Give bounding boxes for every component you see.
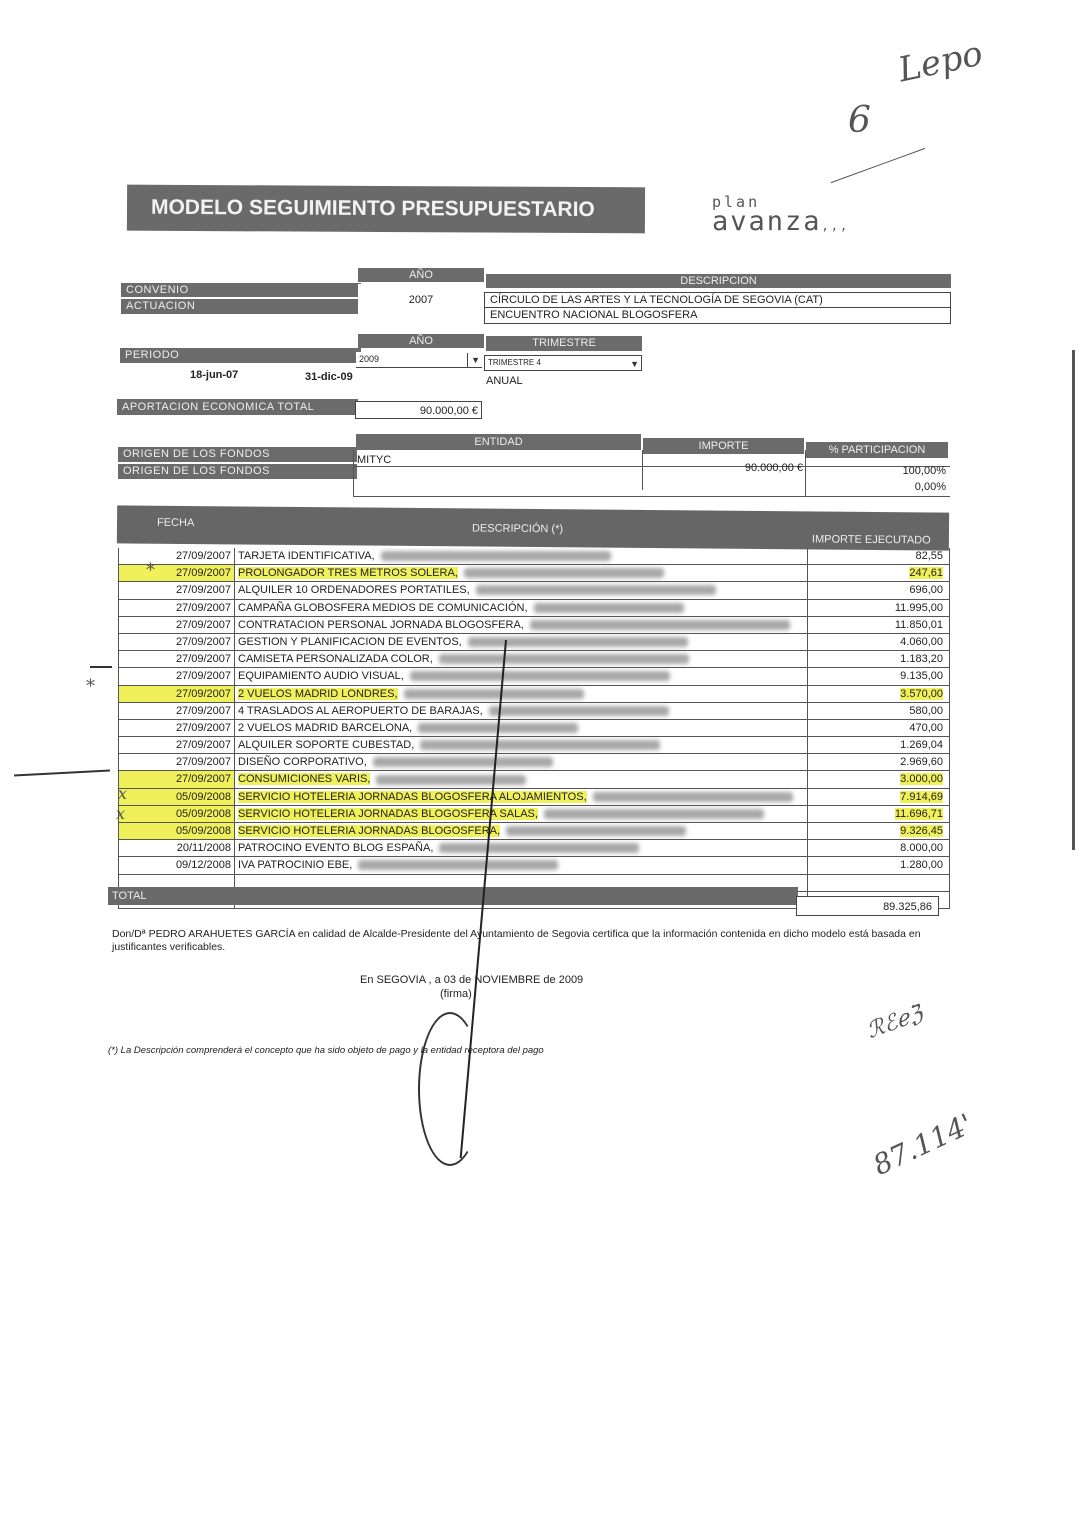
table-row: 09/12/2008IVA PATROCINIO EBE,1.280,00 xyxy=(119,857,949,874)
row-importe: 470,00 xyxy=(807,720,949,736)
row-descripcion: EQUIPAMIENTO AUDIO VISUAL, xyxy=(235,668,807,684)
row-fecha: 27/09/2007 xyxy=(119,686,235,702)
row-descripcion-text: ALQUILER SOPORTE CUBESTAD, xyxy=(238,739,414,751)
row-fecha: 27/09/2007 xyxy=(119,754,235,770)
row-descripcion-text: GESTION Y PLANIFICACION DE EVENTOS, xyxy=(238,636,462,648)
row-descripcion-text: CAMISETA PERSONALIZADA COLOR, xyxy=(238,653,433,665)
place-date: En SEGOVIA , a 03 de NOVIEMBRE de 2009 xyxy=(360,974,583,986)
row-importe: 11.696,71 xyxy=(807,806,949,822)
handwritten-initials: ℛℰℯℨ xyxy=(863,1001,926,1044)
row-fecha: 27/09/2007 xyxy=(119,565,235,581)
row-descripcion-text: PATROCINO EVENTO BLOG ESPAÑA, xyxy=(238,842,433,854)
row-descripcion-text: 2 VUELOS MADRID BARCELONA, xyxy=(238,722,412,734)
redacted-entity xyxy=(476,585,716,595)
row-descripcion: PATROCINO EVENTO BLOG ESPAÑA, xyxy=(235,840,807,856)
row-fecha: 27/09/2007 xyxy=(119,600,235,616)
row-fecha: 27/09/2007 xyxy=(119,651,235,667)
convenio-description: CÍRCULO DE LAS ARTES Y LA TECNOLOGÍA DE … xyxy=(484,292,951,308)
dropdown-arrow-icon: ▼ xyxy=(630,357,639,371)
table-row: 27/09/2007PROLONGADOR TRES METROS SOLERA… xyxy=(119,565,949,582)
handwritten-bracket xyxy=(90,666,112,668)
row-fecha: 27/09/2007 xyxy=(119,617,235,633)
periodo-ano-header: AÑO xyxy=(358,334,484,348)
convenio-label: CONVENIO xyxy=(121,283,361,297)
aportacion-label: APORTACION ECONOMICA TOTAL xyxy=(117,399,358,415)
fondos-row-1-label: ORIGEN DE LOS FONDOS xyxy=(118,447,357,462)
total-label: TOTAL xyxy=(108,887,798,905)
aportacion-value: 90.000,00 € xyxy=(355,401,482,419)
row-importe: 9.135,00 xyxy=(807,668,949,684)
row-importe: 4.060,00 xyxy=(807,634,949,650)
row-fecha: 27/09/2007 xyxy=(119,582,235,598)
descripcion-header: DESCRIPCIÓN (*) xyxy=(472,522,563,535)
redacted-entity xyxy=(420,740,660,750)
table-row: 27/09/2007DISEÑO CORPORATIVO,2.969,60 xyxy=(119,754,949,771)
convenio-ano-header: AÑO xyxy=(358,268,484,282)
convenio-ano-value: 2007 xyxy=(358,284,484,316)
table-row: 27/09/20072 VUELOS MADRID BARCELONA,470,… xyxy=(119,720,949,737)
signature xyxy=(418,1012,482,1166)
row-descripcion: ALQUILER 10 ORDENADORES PORTATILES, xyxy=(235,582,807,598)
row-descripcion: CONTRATACION PERSONAL JORNADA BLOGOSFERA… xyxy=(235,617,807,633)
dropdown-arrow-icon: ▼ xyxy=(467,353,480,367)
row-descripcion: ALQUILER SOPORTE CUBESTAD, xyxy=(235,737,807,753)
table-row: 27/09/20072 VUELOS MADRID LONDRES,3.570,… xyxy=(119,686,949,703)
row-importe xyxy=(807,875,949,891)
row-importe: 580,00 xyxy=(807,703,949,719)
handwritten-underline xyxy=(831,148,925,183)
periodo-start-date: 18-jun-07 xyxy=(190,369,238,381)
redacted-entity xyxy=(373,757,553,767)
row-importe: 9.326,45 xyxy=(807,823,949,839)
row-fecha: 27/09/2007 xyxy=(119,548,235,564)
table-row: 27/09/2007ALQUILER 10 ORDENADORES PORTAT… xyxy=(119,582,949,599)
row-fecha: 27/09/2007 xyxy=(119,720,235,736)
fondos-row-1-importe: 90.000,00 € xyxy=(660,462,803,474)
table-row: 27/09/20074 TRASLADOS AL AEROPUERTO DE B… xyxy=(119,703,949,720)
importe-header: IMPORTE EJECUTADO xyxy=(812,533,931,546)
row-fecha: 27/09/2007 xyxy=(119,737,235,753)
handwritten-mark: x xyxy=(118,784,127,803)
table-row: 27/09/2007ALQUILER SOPORTE CUBESTAD,1.26… xyxy=(119,737,949,754)
redacted-entity xyxy=(530,620,790,630)
redacted-entity xyxy=(358,860,558,870)
expense-table: 27/09/2007TARJETA IDENTIFICATIVA,82,5527… xyxy=(118,548,950,909)
table-row: 27/09/2007EQUIPAMIENTO AUDIO VISUAL,9.13… xyxy=(119,668,949,685)
fondos-row-2-label: ORIGEN DE LOS FONDOS xyxy=(118,464,357,479)
row-descripcion: 2 VUELOS MADRID LONDRES, xyxy=(235,686,807,702)
row-descripcion-text: ALQUILER 10 ORDENADORES PORTATILES, xyxy=(238,584,470,596)
row-importe: 1.183,20 xyxy=(807,651,949,667)
row-descripcion-text: EQUIPAMIENTO AUDIO VISUAL, xyxy=(238,670,404,682)
row-descripcion: SERVICIO HOTELERIA JORNADAS BLOGOSFERA S… xyxy=(235,806,807,822)
actuacion-label: ACTUACION xyxy=(121,299,361,314)
periodo-end-date: 31-dic-09 xyxy=(305,371,353,383)
redacted-entity xyxy=(439,843,639,853)
row-importe: 2.969,60 xyxy=(807,754,949,770)
actuacion-description: ENCUENTRO NACIONAL BLOGOSFERA xyxy=(484,307,951,324)
row-fecha: 05/09/2008 xyxy=(119,789,235,805)
fondos-row-1-participacion: 100,00% xyxy=(810,465,946,477)
table-row: 20/11/2008PATROCINO EVENTO BLOG ESPAÑA,8… xyxy=(119,840,949,857)
fondos-entidad-header: ENTIDAD xyxy=(356,434,641,450)
row-importe: 11.850,01 xyxy=(807,617,949,633)
handwritten-bracket xyxy=(14,769,110,776)
row-importe: 1.280,00 xyxy=(807,857,949,873)
table-row: 27/09/2007CONTRATACION PERSONAL JORNADA … xyxy=(119,617,949,634)
row-descripcion: IVA PATROCINIO EBE, xyxy=(235,857,807,873)
row-descripcion-text: SERVICIO HOTELERIA JORNADAS BLOGOSFERA, xyxy=(238,825,500,837)
table-row: 27/09/2007CAMPAÑA GLOBOSFERA MEDIOS DE C… xyxy=(119,600,949,617)
convenio-descripcion-header: DESCRIPCION xyxy=(486,274,951,288)
fecha-header: FECHA xyxy=(157,517,194,529)
redacted-entity xyxy=(544,809,764,819)
row-descripcion-text: 2 VUELOS MADRID LONDRES, xyxy=(238,688,398,700)
redacted-entity xyxy=(468,637,688,647)
table-row: 05/09/2008SERVICIO HOTELERIA JORNADAS BL… xyxy=(119,789,949,806)
expense-table-header: FECHA DESCRIPCIÓN (*) IMPORTE EJECUTADO xyxy=(117,505,949,550)
redacted-entity xyxy=(534,603,684,613)
handwritten-mark: * xyxy=(86,676,95,697)
row-importe: 696,00 xyxy=(807,582,949,598)
row-descripcion: PROLONGADOR TRES METROS SOLERA, xyxy=(235,565,807,581)
row-descripcion: 4 TRASLADOS AL AEROPUERTO DE BARAJAS, xyxy=(235,703,807,719)
row-fecha: 05/09/2008 xyxy=(119,823,235,839)
row-descripcion-text: DISEÑO CORPORATIVO, xyxy=(238,756,367,768)
footnote: (*) La Descripción comprenderá el concep… xyxy=(108,1045,544,1056)
periodo-anual-label: ANUAL xyxy=(486,375,523,387)
periodo-trimestre-select[interactable]: TRIMESTRE 4 ▼ xyxy=(484,355,642,371)
row-importe: 247,61 xyxy=(807,565,949,581)
row-descripcion-text: CAMPAÑA GLOBOSFERA MEDIOS DE COMUNICACIÓ… xyxy=(238,602,528,614)
periodo-trimestre-header: TRIMESTRE xyxy=(486,336,642,351)
redacted-entity xyxy=(506,826,686,836)
redacted-entity xyxy=(464,568,664,578)
row-descripcion: GESTION Y PLANIFICACION DE EVENTOS, xyxy=(235,634,807,650)
firma-label: (firma) xyxy=(440,988,472,1000)
row-descripcion: SERVICIO HOTELERIA JORNADAS BLOGOSFERA, xyxy=(235,823,807,839)
total-value: 89.325,86 xyxy=(796,896,939,916)
redacted-entity xyxy=(381,551,611,561)
row-importe: 3.000,00 xyxy=(807,771,949,787)
handwritten-note: Lepo xyxy=(895,34,986,91)
row-descripcion-text: SERVICIO HOTELERIA JORNADAS BLOGOSFERA A… xyxy=(238,791,587,803)
redacted-entity xyxy=(404,689,584,699)
row-importe: 8.000,00 xyxy=(807,840,949,856)
plan-avanza-logo: plan avanza,,, xyxy=(712,195,849,235)
row-descripcion-text: TARJETA IDENTIFICATIVA, xyxy=(238,550,375,562)
periodo-ano-select[interactable]: 2009 ▼ xyxy=(356,352,482,368)
handwritten-number: 6 xyxy=(848,100,871,141)
handwritten-mark: x xyxy=(116,804,125,823)
table-row: 27/09/2007CAMISETA PERSONALIZADA COLOR,1… xyxy=(119,651,949,668)
row-fecha: 20/11/2008 xyxy=(119,840,235,856)
table-row: 27/09/2007TARJETA IDENTIFICATIVA,82,55 xyxy=(119,548,949,565)
row-importe: 7.914,69 xyxy=(807,789,949,805)
redacted-entity xyxy=(489,706,669,716)
row-descripcion-text: PROLONGADOR TRES METROS SOLERA, xyxy=(238,567,458,579)
row-descripcion: SERVICIO HOTELERIA JORNADAS BLOGOSFERA A… xyxy=(235,789,807,805)
row-descripcion-text: SERVICIO HOTELERIA JORNADAS BLOGOSFERA S… xyxy=(238,808,538,820)
row-descripcion: CAMPAÑA GLOBOSFERA MEDIOS DE COMUNICACIÓ… xyxy=(235,600,807,616)
row-fecha: 27/09/2007 xyxy=(119,771,235,787)
row-fecha: 09/12/2008 xyxy=(119,857,235,873)
fondos-row-2-participacion: 0,00% xyxy=(810,481,946,493)
redacted-entity xyxy=(439,654,689,664)
row-descripcion: CAMISETA PERSONALIZADA COLOR, xyxy=(235,651,807,667)
row-importe: 1.269,04 xyxy=(807,737,949,753)
row-importe: 3.570,00 xyxy=(807,686,949,702)
row-fecha: 27/09/2007 xyxy=(119,668,235,684)
redacted-entity xyxy=(410,671,670,681)
redacted-entity xyxy=(593,792,793,802)
handwritten-mark: * xyxy=(146,560,155,581)
row-fecha: 27/09/2007 xyxy=(119,634,235,650)
handwritten-number: 87.114' xyxy=(868,1107,978,1182)
row-descripcion: CONSUMICIONES VARIS, xyxy=(235,771,807,787)
row-importe: 82,55 xyxy=(807,548,949,564)
row-descripcion-text: 4 TRASLADOS AL AEROPUERTO DE BARAJAS, xyxy=(238,705,483,717)
certification-text: Don/Dª PEDRO ARAHUETES GARCÍA en calidad… xyxy=(112,928,932,954)
page-title: MODELO SEGUIMIENTO PRESUPUESTARIO xyxy=(127,185,645,234)
row-fecha: 27/09/2007 xyxy=(119,703,235,719)
row-fecha: 05/09/2008 xyxy=(119,806,235,822)
row-descripcion-text: CONTRATACION PERSONAL JORNADA BLOGOSFERA… xyxy=(238,619,524,631)
table-row: 27/09/2007GESTION Y PLANIFICACION DE EVE… xyxy=(119,634,949,651)
row-descripcion: DISEÑO CORPORATIVO, xyxy=(235,754,807,770)
row-descripcion: TARJETA IDENTIFICATIVA, xyxy=(235,548,807,564)
row-descripcion: 2 VUELOS MADRID BARCELONA, xyxy=(235,720,807,736)
periodo-label: PERIODO xyxy=(120,348,361,363)
page-edge xyxy=(1072,350,1075,850)
redacted-entity xyxy=(376,775,526,785)
row-descripcion-text: CONSUMICIONES VARIS, xyxy=(238,773,370,785)
table-row: 05/09/2008SERVICIO HOTELERIA JORNADAS BL… xyxy=(119,806,949,823)
table-row: 05/09/2008SERVICIO HOTELERIA JORNADAS BL… xyxy=(119,823,949,840)
row-descripcion-text: IVA PATROCINIO EBE, xyxy=(238,859,352,871)
table-row: 27/09/2007CONSUMICIONES VARIS,3.000,00 xyxy=(119,771,949,788)
row-importe: 11.995,00 xyxy=(807,600,949,616)
